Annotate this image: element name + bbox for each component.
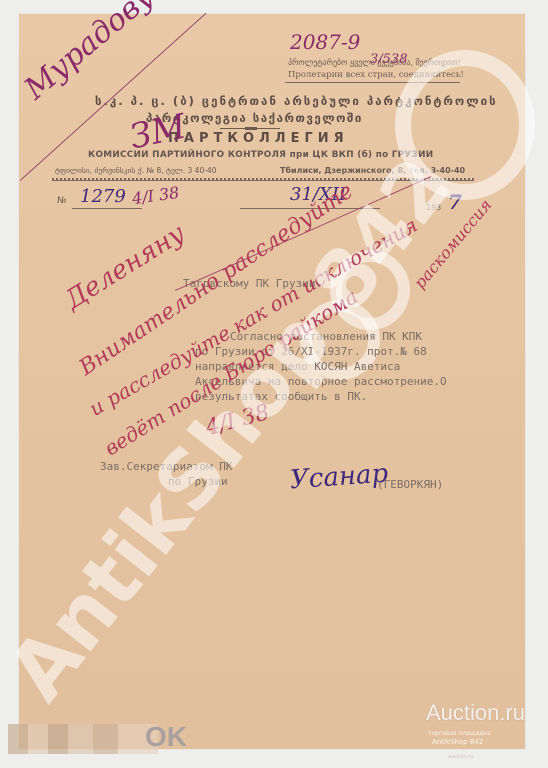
signatory-name: (ГЕВОРКЯН)	[377, 478, 443, 491]
ornamental-rule-center	[245, 127, 257, 130]
pixelated-watermark	[8, 724, 158, 754]
auction-subline: торговая площадка	[428, 730, 491, 737]
number-label: №	[57, 196, 66, 206]
auction-site: auction.ru	[448, 754, 473, 760]
auction-seller: AntikShop 842	[432, 738, 483, 746]
stamp-number-handwritten: 3/538	[370, 52, 407, 67]
letterhead-title: ПАРТКОЛЛЕГИЯ	[168, 131, 349, 146]
registration-number-handwritten: 2087-9	[290, 30, 360, 54]
number-underline	[72, 208, 142, 209]
pixelated-watermark-tail: OK	[145, 721, 187, 753]
auction-logo: Auction.ru	[426, 700, 525, 726]
number-value: 1279	[80, 186, 126, 207]
address-georgian: ტფილისი, ძერჟინსკის ქ. № 8, ტელ. 3 40-40	[55, 166, 216, 175]
